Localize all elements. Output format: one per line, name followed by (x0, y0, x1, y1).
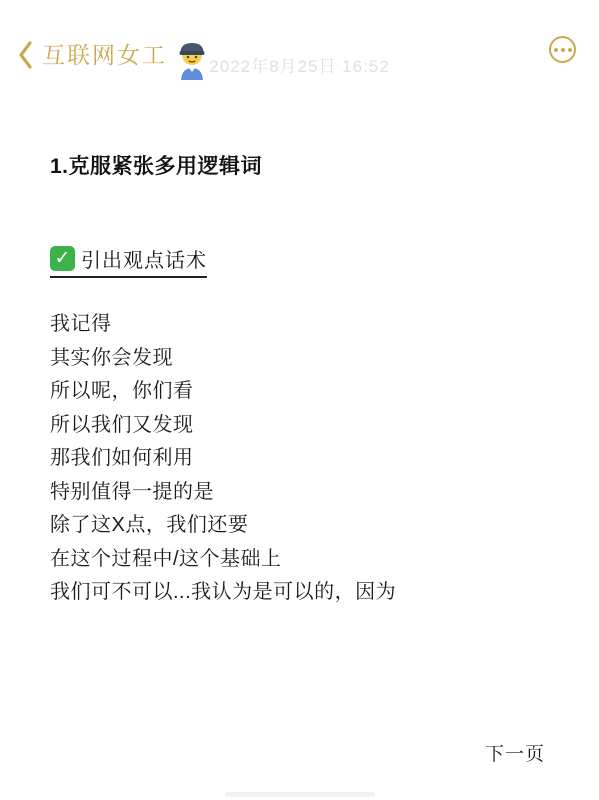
note-line: 我记得 (50, 308, 559, 342)
home-indicator (225, 792, 375, 797)
more-options-button[interactable] (549, 36, 576, 63)
next-page-label: 下一页 (485, 739, 545, 766)
note-heading: 1.克服紧张多用逻辑词 (50, 150, 559, 180)
note-line: 那我们如何利用 (50, 442, 559, 476)
note-line: 我们可不可以...我认为是可以的，因为 (50, 576, 559, 610)
note-line: 其实你会发现 (50, 342, 559, 376)
note-body: 我记得 其实你会发现 所以呢，你们看 所以我们又发现 那我们如何利用 特别值得一… (50, 308, 559, 610)
check-mark-emoji-icon: ✓ (50, 246, 75, 271)
nav-bar: 互联网女工 2022年8月25日 16:52 (0, 0, 599, 86)
checklist-title: 引出观点话术 (81, 244, 207, 273)
note-line: 所以我们又发现 (50, 409, 559, 443)
ellipsis-dot (561, 48, 565, 52)
note-canvas[interactable]: 1.克服紧张多用逻辑词 ✓ 引出观点话术 我记得 其实你会发现 所以呢，你们看 … (50, 150, 559, 610)
note-line: 在这个过程中/这个基础上 (50, 543, 559, 577)
ellipsis-dot (554, 48, 558, 52)
checklist-title-row: ✓ 引出观点话术 (50, 244, 207, 278)
back-button[interactable]: 互联网女工 (18, 30, 207, 80)
note-line: 所以呢，你们看 (50, 375, 559, 409)
chevron-left-icon (18, 40, 32, 70)
note-line: 特别值得一提的是 (50, 476, 559, 510)
folder-title: 互联网女工 (42, 38, 167, 72)
ellipsis-dot (568, 48, 572, 52)
worker-emoji-icon (177, 38, 207, 80)
note-line: 除了这X点，我们还要 (50, 509, 559, 543)
